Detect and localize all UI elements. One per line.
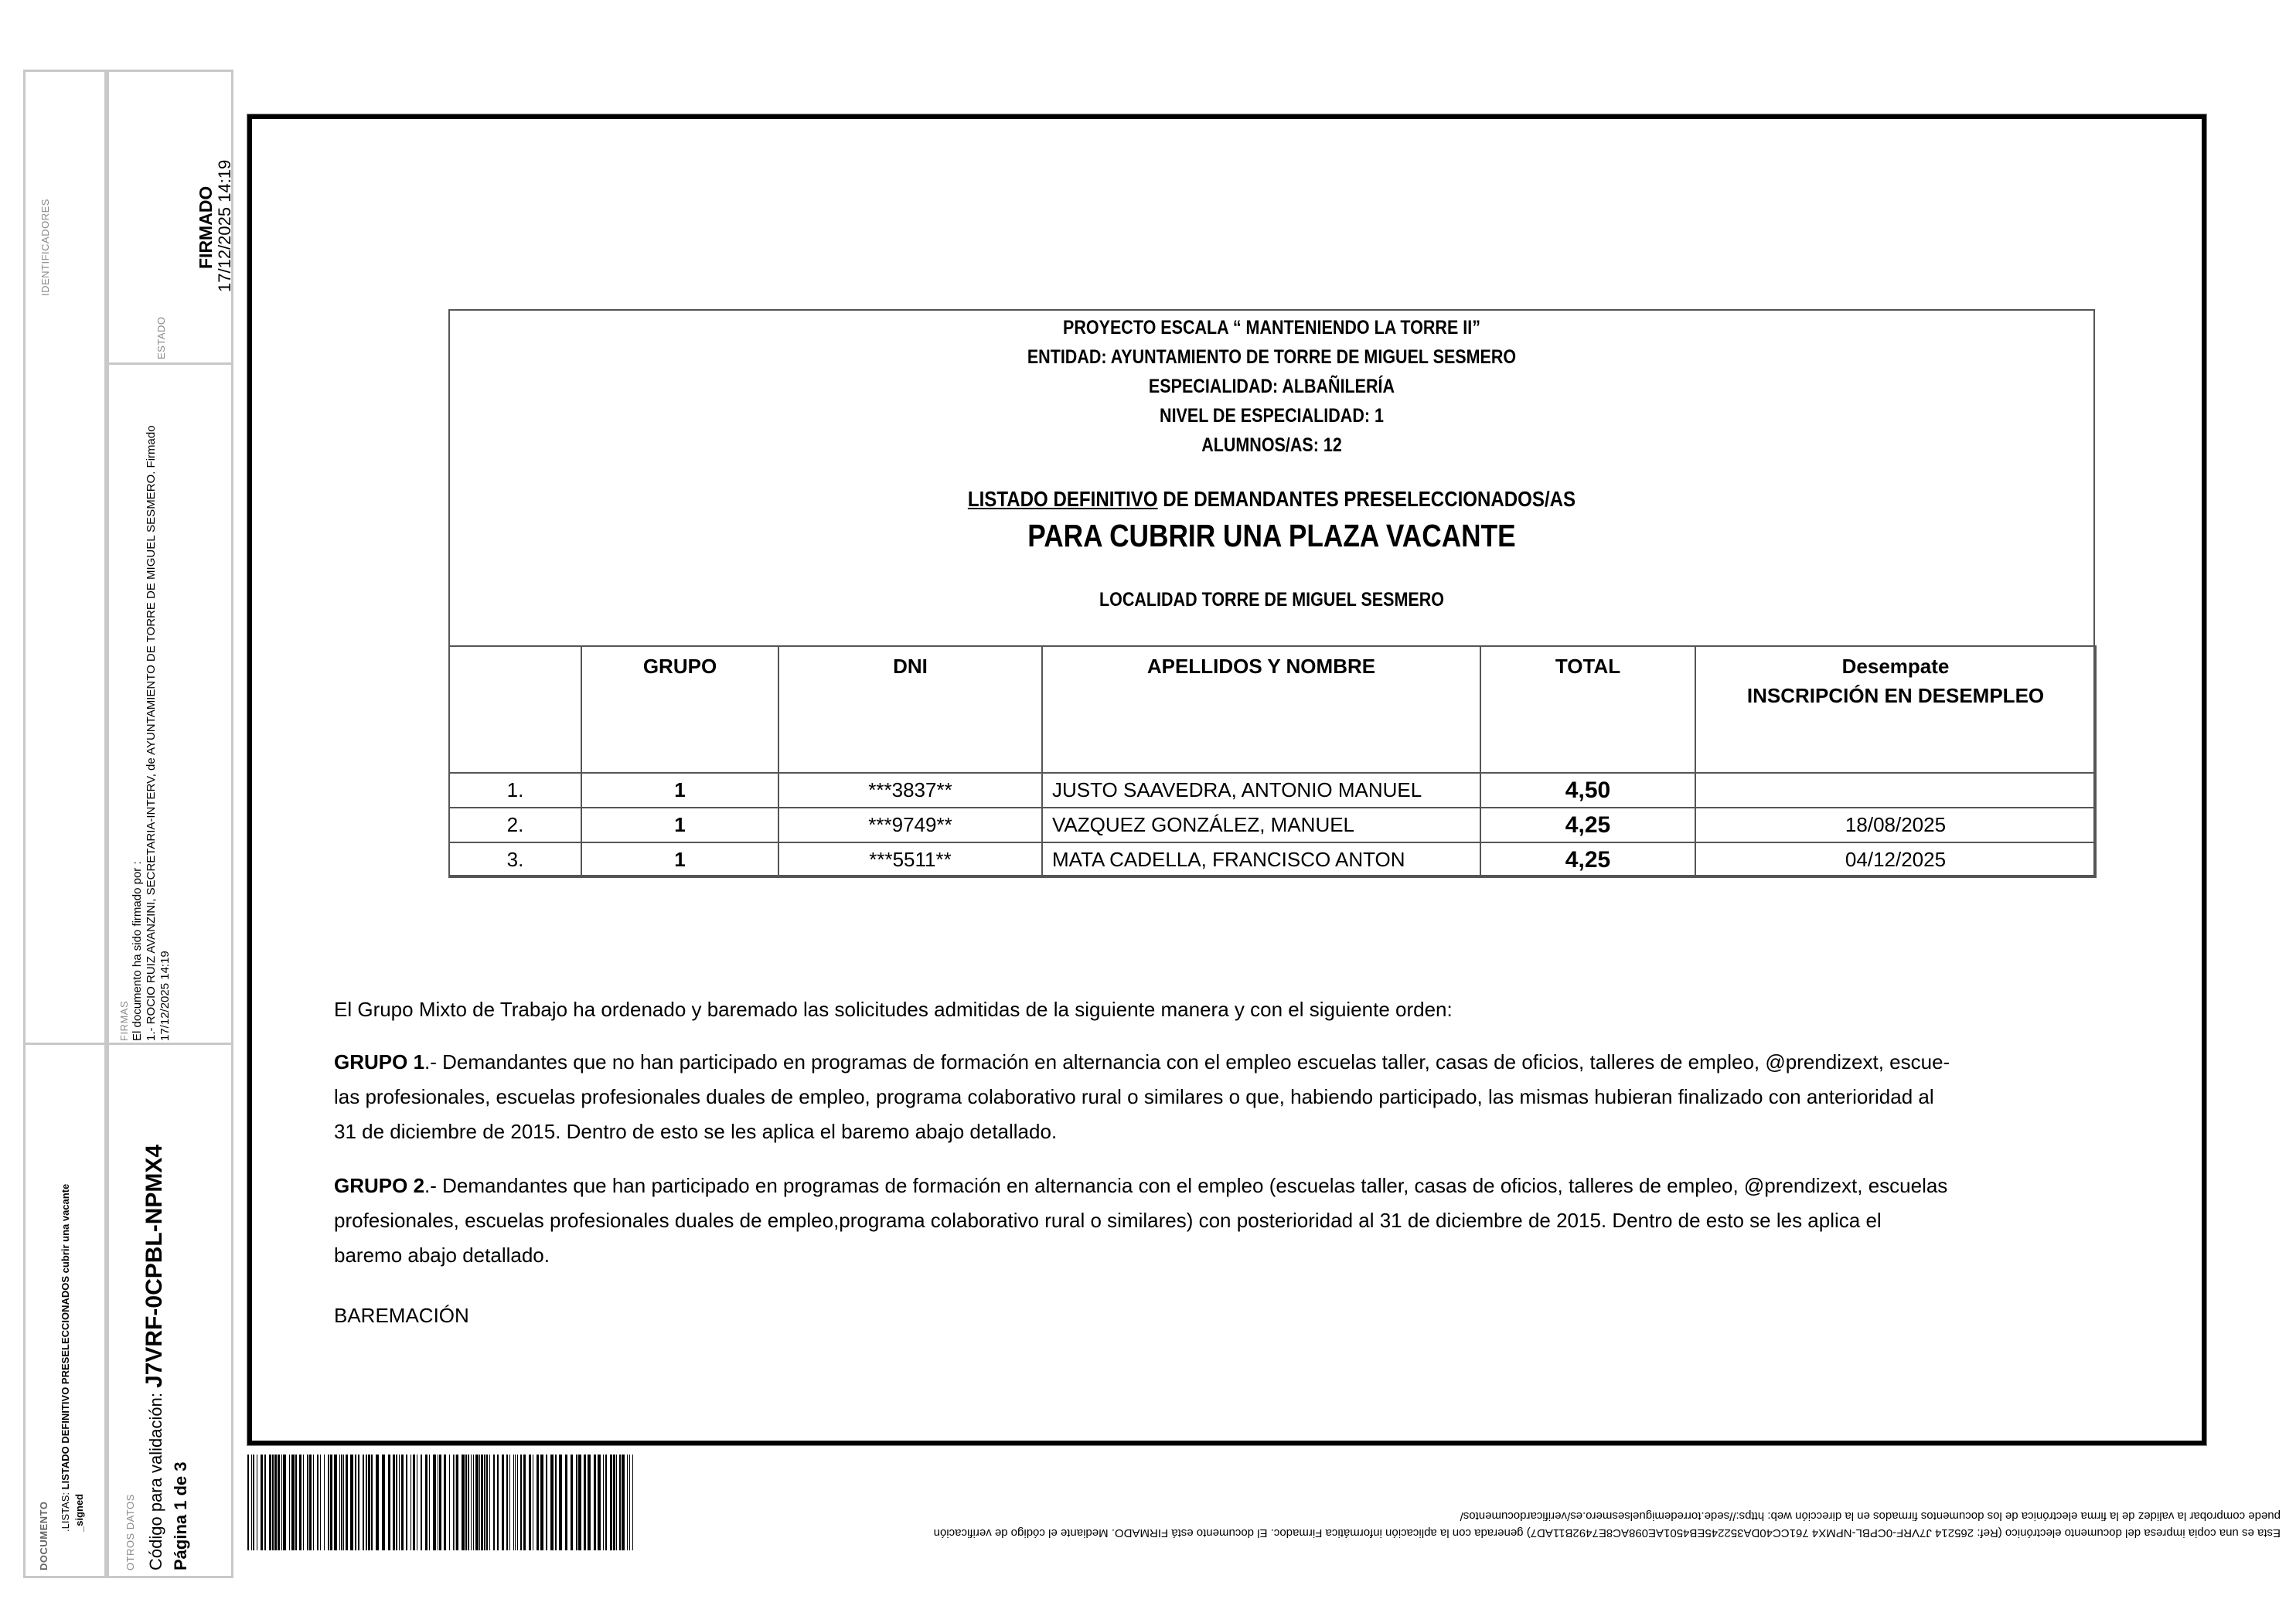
pagina-indicator: Página 1 de 3 [171, 1461, 191, 1570]
documento-title: LISTADO DEFINITIVO PRESELECCIONADOS cubr… [60, 1184, 71, 1490]
row-desempate: 04/12/2025 [1695, 842, 2096, 877]
estado-label: ESTADO [155, 317, 167, 360]
codigo-value: J7VRF-0CPBL-NPMX4 [141, 1145, 167, 1388]
listado-heading: LISTADO DEFINITIVO DE DEMANDANTES PRESEL… [565, 487, 1978, 512]
firmas-line-3: 17/12/2025 14:19 [158, 951, 172, 1041]
barcode [247, 1455, 642, 1550]
candidates-table: GRUPO DNI APELLIDOS Y NOMBRE TOTAL Desem… [448, 645, 2097, 878]
row-dni: ***3837** [778, 773, 1042, 808]
proyecto-title: PROYECTO ESCALA “ MANTENIENDO LA TORRE I… [565, 317, 1978, 339]
row-total: 4,50 [1480, 773, 1695, 808]
otros-datos-label: OTROS DATOS [124, 1494, 136, 1570]
table-header-row: GRUPO DNI APELLIDOS Y NOMBRE TOTAL Desem… [449, 646, 2096, 773]
col-header-grupo: GRUPO [581, 646, 778, 773]
codigo-validacion: Código para validación: J7VRF-0CPBL-NPMX… [141, 1145, 168, 1570]
row-grupo: 1 [581, 808, 778, 842]
table-row: 2.1***9749**VAZQUEZ GONZÁLEZ, MANUEL4,25… [449, 808, 2096, 842]
col-header-desempate: Desempate INSCRIPCIÓN EN DESEMPLEO [1695, 646, 2096, 773]
footer-line-2: puede comprobar la validez de la firma e… [642, 1507, 2281, 1524]
estado-date: 17/12/2025 14:19 [215, 160, 235, 292]
grupo2-paragraph: GRUPO 2.- Demandantes que han participad… [334, 1169, 2112, 1273]
row-desempate: 18/08/2025 [1695, 808, 2096, 842]
row-dni: ***5511** [778, 842, 1042, 877]
grupo1-label: GRUPO 1 [334, 1050, 424, 1073]
row-dni: ***9749** [778, 808, 1042, 842]
row-desempate [1695, 773, 2096, 808]
identificadores-label: IDENTIFICADORES [39, 199, 51, 296]
documento-box: DOCUMENTO .LISTAS: LISTADO DEFINITIVO PR… [23, 1043, 107, 1578]
row-index: 2. [449, 808, 581, 842]
documento-name: .LISTAS: LISTADO DEFINITIVO PRESELECCION… [60, 1184, 71, 1532]
identificadores-box: IDENTIFICADORES [23, 70, 107, 1045]
firmas-box: FIRMAS El documento ha sido firmado por … [107, 362, 233, 1045]
alumnos: ALUMNOS/AS: 12 [565, 434, 1978, 457]
firmas-line-2: 1.- ROCIO RUIZ AVANZINI, SECRETARIA-INTE… [145, 425, 158, 1041]
localidad: LOCALIDAD TORRE DE MIGUEL SESMERO [565, 589, 1978, 611]
col-header-dni: DNI [778, 646, 1042, 773]
intro-paragraph: El Grupo Mixto de Trabajo ha ordenado y … [334, 992, 2112, 1027]
grupo1-paragraph: GRUPO 1.- Demandantes que no han partici… [334, 1045, 2112, 1149]
especialidad: ESPECIALIDAD: ALBAÑILERÍA [565, 376, 1978, 398]
baremacion-heading: BAREMACIÓN [334, 1298, 2112, 1333]
row-grupo: 1 [581, 773, 778, 808]
row-nombre: MATA CADELLA, FRANCISCO ANTON [1042, 842, 1480, 877]
codigo-label: Código para validación: [146, 1388, 165, 1570]
table-row: 1.1***3837**JUSTO SAAVEDRA, ANTONIO MANU… [449, 773, 2096, 808]
plaza-heading: PARA CUBRIR UNA PLAZA VACANTE [565, 518, 1978, 554]
row-index: 3. [449, 842, 581, 877]
verification-footer: Esta es una copia impresa del documento … [642, 1507, 2281, 1541]
firmas-label: FIRMAS [118, 1001, 130, 1041]
firmas-line-1: El documento ha sido firmado por : [131, 861, 144, 1041]
estado-box: ESTADO FIRMADO 17/12/2025 14:19 [107, 70, 233, 365]
row-nombre: VAZQUEZ GONZÁLEZ, MANUEL [1042, 808, 1480, 842]
documento-label: DOCUMENTO [38, 1502, 49, 1570]
row-total: 4,25 [1480, 842, 1695, 877]
grupo2-label: GRUPO 2 [334, 1174, 424, 1197]
col-header-nombre: APELLIDOS Y NOMBRE [1042, 646, 1480, 773]
table-row: 3.1***5511**MATA CADELLA, FRANCISCO ANTO… [449, 842, 2096, 877]
footer-line-1: Esta es una copia impresa del documento … [642, 1524, 2281, 1541]
col-header-index [449, 646, 581, 773]
estado-value: FIRMADO [196, 186, 216, 269]
otros-datos-box: OTROS DATOS Código para validación: J7VR… [107, 1043, 233, 1578]
row-total: 4,25 [1480, 808, 1695, 842]
entidad: ENTIDAD: AYUNTAMIENTO DE TORRE DE MIGUEL… [565, 346, 1978, 369]
row-index: 1. [449, 773, 581, 808]
row-grupo: 1 [581, 842, 778, 877]
row-nombre: JUSTO SAAVEDRA, ANTONIO MANUEL [1042, 773, 1480, 808]
nivel-especialidad: NIVEL DE ESPECIALIDAD: 1 [565, 405, 1978, 427]
documento-suffix: _signed [73, 1494, 85, 1532]
col-header-total: TOTAL [1480, 646, 1695, 773]
